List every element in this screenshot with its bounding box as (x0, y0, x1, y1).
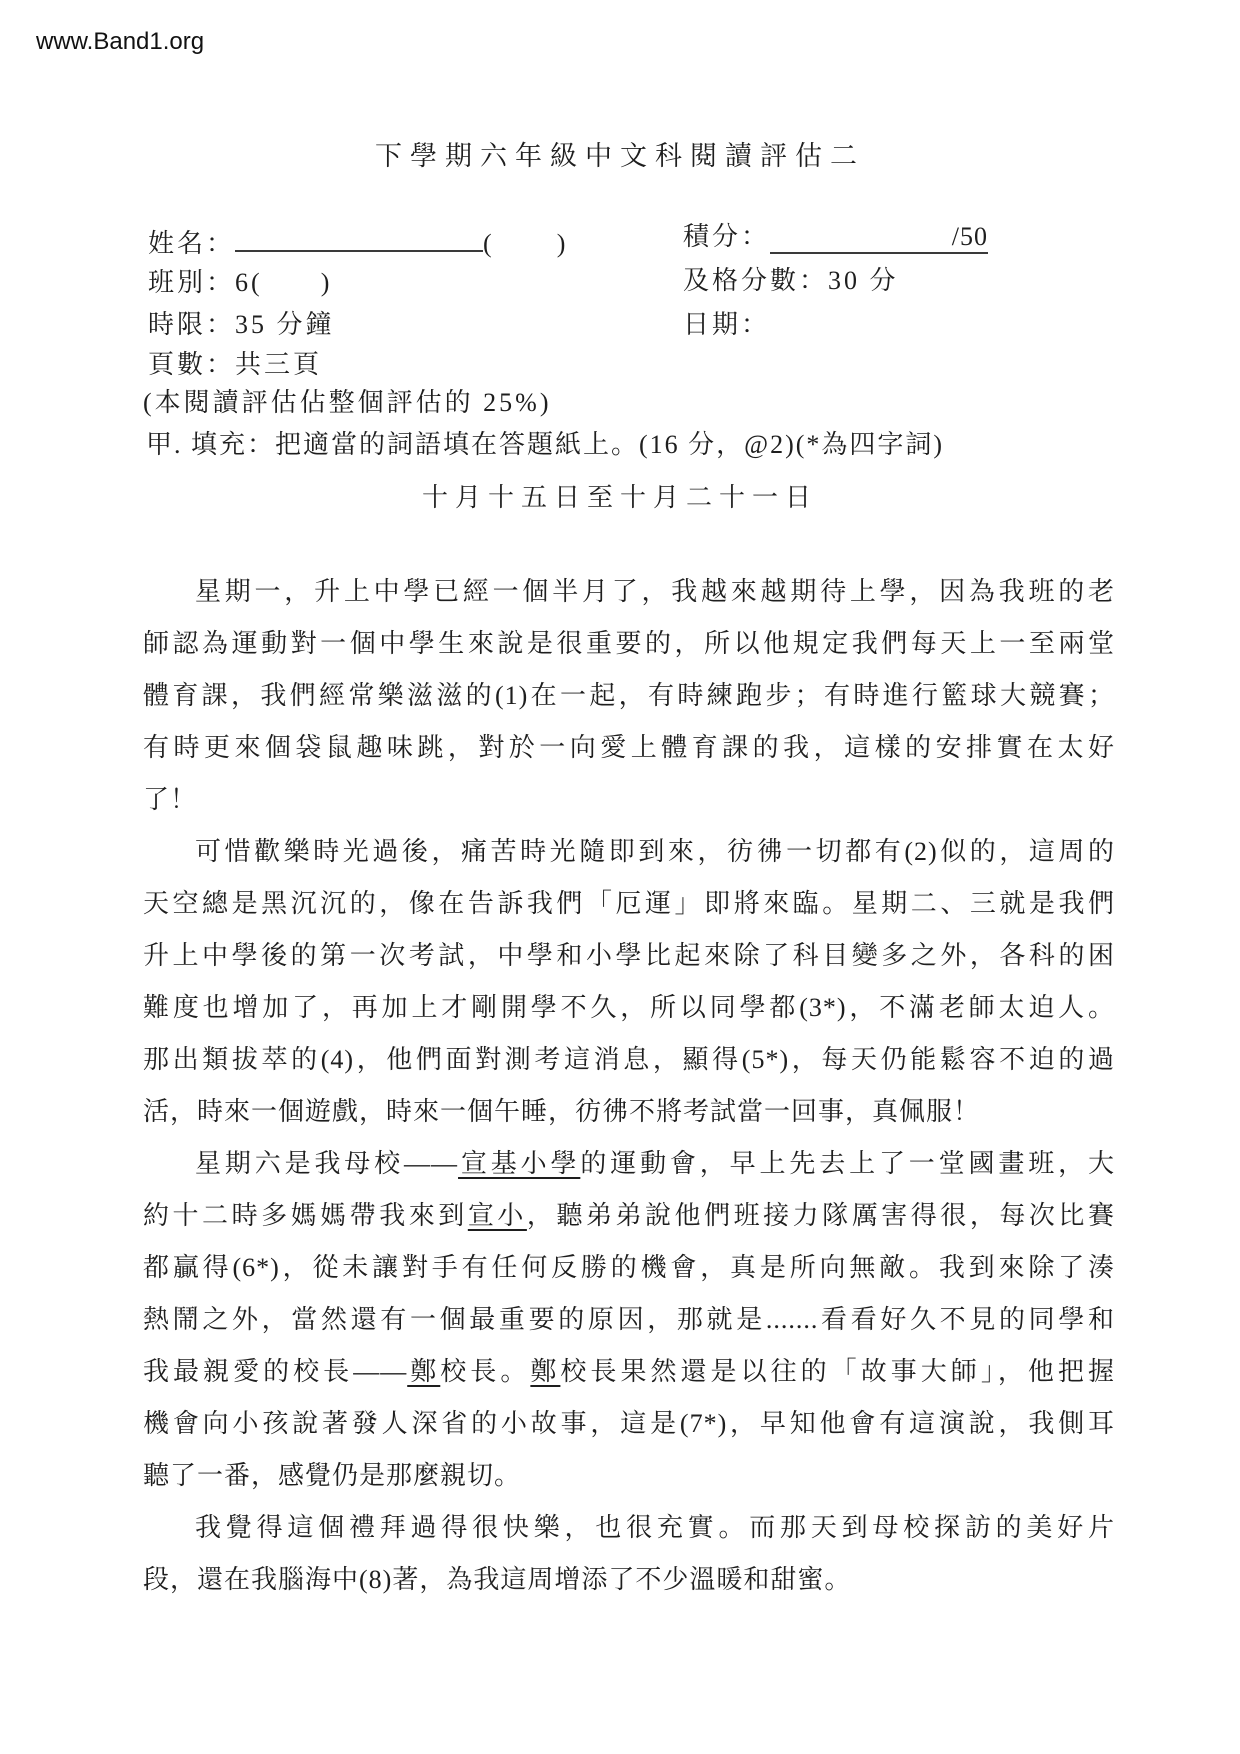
passage-line: 熱鬧之外，當然還有一個最重要的原因，那就是.......看看好久不見的同學和 (143, 1294, 1115, 1346)
passage-line: 星期一，升上中學已經一個半月了，我越來越期待上學，因為我班的老 (143, 566, 1115, 618)
passage-line: 活，時來一個遊戲，時來一個午睡，彷彿不將考試當一回事，真佩服！ (143, 1086, 1115, 1138)
pass-mark-value: 30 分 (828, 266, 899, 295)
passage-text: 體育課，我們經常樂滋滋的(1)在一起，有時練跑步；有時進行籃球大競賽； (143, 681, 1115, 710)
weight-note-text: (本閱讀評估佔整個評估的 25%) (143, 388, 551, 417)
class-paren-close: ) (321, 268, 333, 297)
weight-note: (本閱讀評估佔整個評估的 25%) (143, 382, 551, 419)
passage-line: 聽了一番，感覺仍是那麼親切。 (143, 1450, 1115, 1502)
passage-line: 那出類拔萃的(4)，他們面對測考這消息，顯得(5*)，每天仍能鬆容不迫的過 (143, 1034, 1115, 1086)
pages-row: 頁數：共三頁 (148, 344, 322, 381)
passage-text: 有時更來個袋鼠趣味跳，對於一向愛上體育課的我，這樣的安排實在太好 (143, 733, 1115, 762)
watermark: www.Band1.org (36, 28, 204, 56)
passage-title: 十月十五日至十月二十一日 (0, 477, 1240, 514)
passage-body: 星期一，升上中學已經一個半月了，我越來越期待上學，因為我班的老師認為運動對一個中… (143, 566, 1115, 1606)
class-value: 6( (235, 268, 263, 297)
name-label: 姓名： (148, 229, 235, 258)
passage-line: 段，還在我腦海中(8)著，為我這周增添了不少溫暖和甜蜜。 (143, 1554, 1115, 1606)
section-a-instruction: 甲. 填充：把適當的詞語填在答題紙上。(16 分，@2)(*為四字詞) (146, 424, 944, 461)
date-label: 日期： (683, 310, 770, 339)
passage-text: 熱鬧之外，當然還有一個最重要的原因，那就是.......看看好久不見的同學和 (143, 1305, 1115, 1334)
exam-page: www.Band1.org 下學期六年級中文科閱讀評估二 姓名：() 班別：6(… (0, 0, 1240, 1754)
passage-text: 了！ (143, 785, 197, 814)
page-title: 下學期六年級中文科閱讀評估二 (0, 134, 1240, 173)
passage-line: 天空總是黑沉沉的，像在告訴我們「厄運」即將來臨。星期二、三就是我們 (143, 878, 1115, 930)
passage-text: 星期六是我母校—— (195, 1149, 458, 1178)
name-row: 姓名：() (148, 220, 568, 260)
passage-text: 段，還在我腦海中(8)著，為我這周增添了不少溫暖和甜蜜。 (143, 1565, 851, 1594)
passage-text: 難度也增加了，再加上才剛開學不久，所以同學都(3*)，不滿老師太迫人。 (143, 993, 1115, 1022)
underlined-text: 鄭 (530, 1357, 560, 1386)
pass-mark-label: 及格分數： (683, 266, 828, 295)
underlined-text: 鄭 (407, 1357, 440, 1386)
time-limit-row: 時限：35 分鐘 (148, 304, 335, 341)
passage-line: 星期六是我母校——宣基小學的運動會，早上先去上了一堂國畫班，大 (143, 1138, 1115, 1190)
passage-line: 約十二時多媽媽帶我來到宣小，聽弟弟說他們班接力隊厲害得很，每次比賽 (143, 1190, 1115, 1242)
name-blank-line (235, 220, 483, 252)
name-paren-open: ( (483, 229, 495, 258)
pages-value: 共三頁 (235, 350, 322, 379)
passage-text: 聽了一番，感覺仍是那麼親切。 (143, 1461, 521, 1490)
time-limit-value: 35 分鐘 (235, 310, 335, 339)
passage-text: 的運動會，早上先去上了一堂國畫班，大 (580, 1149, 1115, 1178)
score-blank-line: /50 (770, 222, 988, 254)
passage-line: 我覺得這個禮拜過得很快樂，也很充實。而那天到母校探訪的美好片 (143, 1502, 1115, 1554)
passage-text: 師認為運動對一個中學生來說是很重要的，所以他規定我們每天上一至兩堂 (143, 629, 1115, 658)
passage-line: 了！ (143, 774, 1115, 826)
name-paren-close: ) (557, 229, 569, 258)
passage-line: 可惜歡樂時光過後，痛苦時光隨即到來，彷彿一切都有(2)似的，這周的 (143, 826, 1115, 878)
passage-text: 我覺得這個禮拜過得很快樂，也很充實。而那天到母校探訪的美好片 (195, 1513, 1115, 1542)
passage-text: 我最親愛的校長—— (143, 1357, 407, 1386)
score-total: /50 (952, 222, 988, 251)
passage-text: 約十二時多媽媽帶我來到 (143, 1201, 468, 1230)
passage-line: 機會向小孩說著發人深省的小故事，這是(7*)，早知他會有這演說，我側耳 (143, 1398, 1115, 1450)
passage-line: 都贏得(6*)，從未讓對手有任何反勝的機會，真是所向無敵。我到來除了湊 (143, 1242, 1115, 1294)
passage-text: 可惜歡樂時光過後，痛苦時光隨即到來，彷彿一切都有(2)似的，這周的 (195, 837, 1115, 866)
passage-line: 師認為運動對一個中學生來說是很重要的，所以他規定我們每天上一至兩堂 (143, 618, 1115, 670)
passage-line: 升上中學後的第一次考試，中學和小學比起來除了科目變多之外，各科的困 (143, 930, 1115, 982)
score-row: 積分：/50 (683, 216, 988, 254)
underlined-text: 宣基小學 (458, 1149, 580, 1178)
passage-text: ，聽弟弟說他們班接力隊厲害得很，每次比賽 (527, 1201, 1115, 1230)
passage-text: 活，時來一個遊戲，時來一個午睡，彷彿不將考試當一回事，真佩服！ (143, 1097, 980, 1126)
pass-mark-row: 及格分數：30 分 (683, 260, 899, 297)
passage-line: 有時更來個袋鼠趣味跳，對於一向愛上體育課的我，這樣的安排實在太好 (143, 722, 1115, 774)
passage-line: 難度也增加了，再加上才剛開學不久，所以同學都(3*)，不滿老師太迫人。 (143, 982, 1115, 1034)
time-limit-label: 時限： (148, 310, 235, 339)
passage-text: 天空總是黑沉沉的，像在告訴我們「厄運」即將來臨。星期二、三就是我們 (143, 889, 1115, 918)
underlined-text: 宣小 (468, 1201, 527, 1230)
passage-text: 都贏得(6*)，從未讓對手有任何反勝的機會，真是所向無敵。我到來除了湊 (143, 1253, 1115, 1282)
passage-text: 校長。 (440, 1357, 530, 1386)
passage-text: 機會向小孩說著發人深省的小故事，這是(7*)，早知他會有這演說，我側耳 (143, 1409, 1115, 1438)
passage-line: 體育課，我們經常樂滋滋的(1)在一起，有時練跑步；有時進行籃球大競賽； (143, 670, 1115, 722)
passage-text: 那出類拔萃的(4)，他們面對測考這消息，顯得(5*)，每天仍能鬆容不迫的過 (143, 1045, 1115, 1074)
passage-text: 校長果然還是以往的「故事大師」，他把握 (560, 1357, 1115, 1386)
passage-text: 星期一，升上中學已經一個半月了，我越來越期待上學，因為我班的老 (195, 577, 1115, 606)
passage-line: 我最親愛的校長——鄭校長。鄭校長果然還是以往的「故事大師」，他把握 (143, 1346, 1115, 1398)
pages-label: 頁數： (148, 350, 235, 379)
passage-text: 升上中學後的第一次考試，中學和小學比起來除了科目變多之外，各科的困 (143, 941, 1115, 970)
class-label: 班別： (148, 268, 235, 297)
date-row: 日期： (683, 304, 770, 341)
class-row: 班別：6() (148, 262, 332, 299)
score-label: 積分： (683, 222, 770, 251)
